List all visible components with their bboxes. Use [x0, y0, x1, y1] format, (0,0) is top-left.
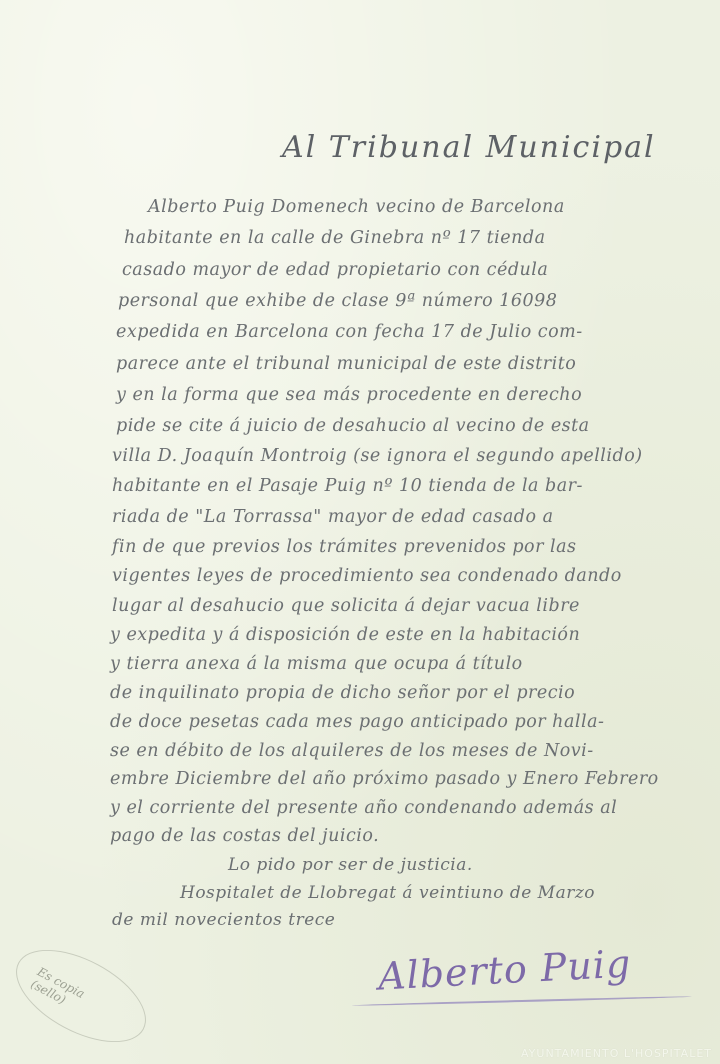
- closing-line: Hospitalet de Llobregat á veintiuno de M…: [180, 883, 595, 903]
- body-line: de doce pesetas cada mes pago anticipado…: [110, 712, 604, 732]
- body-line: de inquilinato propia de dicho señor por…: [110, 683, 575, 703]
- signature: Alberto Puig: [377, 941, 632, 998]
- body-line: expedida en Barcelona con fecha 17 de Ju…: [116, 322, 583, 342]
- body-line: personal que exhibe de clase 9ª número 1…: [118, 291, 557, 311]
- body-line: parece ante el tribunal municipal de est…: [116, 354, 576, 374]
- closing-line: Lo pido por ser de justicia.: [228, 855, 473, 875]
- body-line: habitante en la calle de Ginebra nº 17 t…: [124, 228, 546, 248]
- archive-watermark: AYUNTAMIENTO L'HOSPITALET: [521, 1047, 712, 1060]
- body-line: casado mayor de edad propietario con céd…: [122, 260, 548, 280]
- body-line: vigentes leyes de procedimiento sea cond…: [112, 566, 622, 586]
- body-line: y en la forma que sea más procedente en …: [116, 385, 582, 405]
- body-line: villa D. Joaquín Montroig (se ignora el …: [112, 446, 643, 466]
- body-line: se en débito de los alquileres de los me…: [110, 741, 594, 761]
- body-line: habitante en el Pasaje Puig nº 10 tienda…: [112, 476, 583, 496]
- body-line: Alberto Puig Domenech vecino de Barcelon…: [148, 197, 565, 217]
- body-line: lugar al desahucio que solicita á dejar …: [112, 596, 580, 616]
- closing-line: de mil novecientos trece: [112, 910, 335, 930]
- body-line: fin de que previos los trámites prevenid…: [112, 537, 577, 557]
- body-line: y expedita y á disposición de este en la…: [110, 625, 580, 645]
- body-line: pago de las costas del juicio.: [110, 826, 379, 846]
- document-title: Al Tribunal Municipal: [282, 130, 656, 165]
- document-page: Al Tribunal Municipal Alberto Puig Domen…: [0, 0, 720, 1064]
- body-line: pide se cite á juicio de desahucio al ve…: [116, 416, 590, 436]
- body-line: y el corriente del presente año condenan…: [110, 798, 617, 818]
- body-line: embre Diciembre del año próximo pasado y…: [110, 769, 659, 789]
- body-line: riada de "La Torrassa" mayor de edad cas…: [112, 507, 554, 527]
- body-line: y tierra anexa á la misma que ocupa á tí…: [110, 654, 523, 674]
